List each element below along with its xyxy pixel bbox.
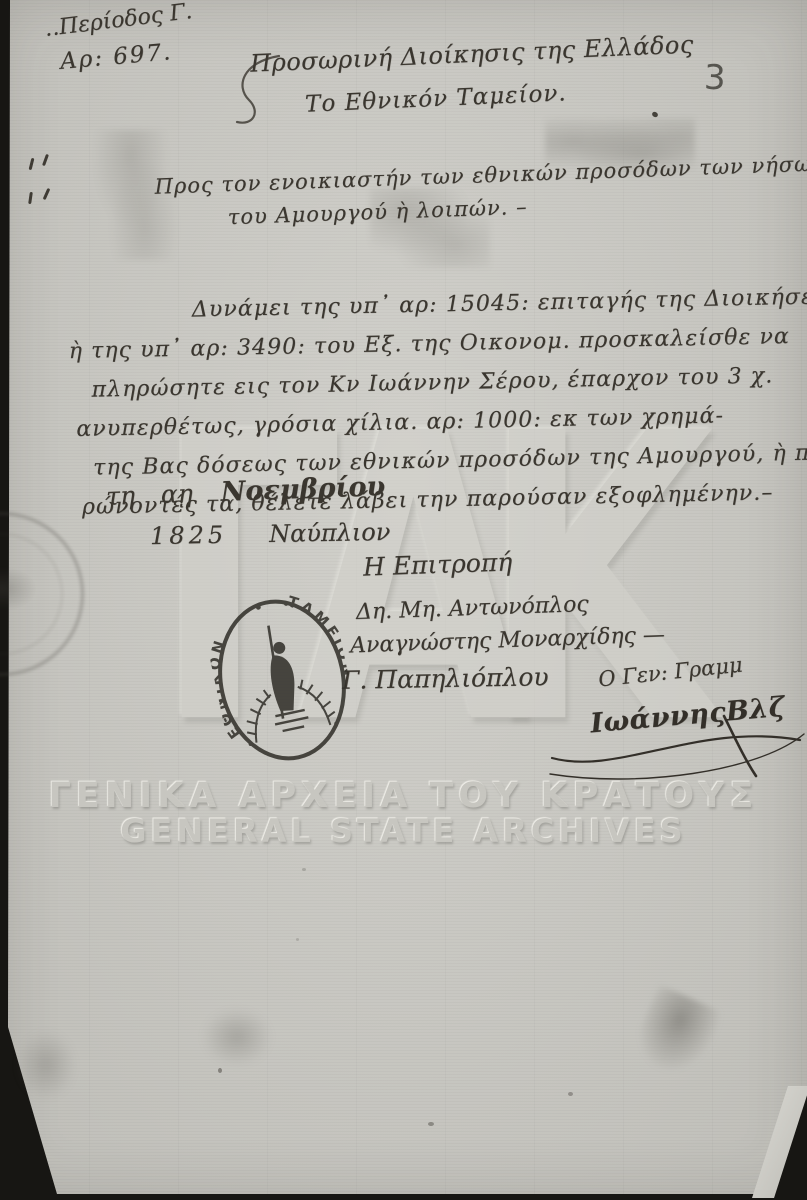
dateline-prefix: τη xyxy=(106,481,136,511)
document-scan: ΓΑΚ ΓΕΝΙΚΑ ΑΡΧΕΙΑ ΤΟΥ ΚΡΑΤΟΥΣ GENERAL ST… xyxy=(0,0,807,1200)
committee-title: Η Επιτροπή xyxy=(363,547,513,581)
body-line: ὴ της υπ᾽ αρ: 3490: του Εξ. της Οικονομ.… xyxy=(64,323,807,364)
ink-speck xyxy=(296,938,299,941)
dateline-month: Νοεμβρίου xyxy=(220,471,386,508)
dateline-year: 1825 xyxy=(150,521,228,550)
ink-speck xyxy=(218,1068,222,1073)
ink-speck xyxy=(428,1122,434,1126)
body-line: ανυπερθέτως, γρόσια χίλια. αρ: 1000: εκ … xyxy=(66,401,807,442)
athena-figure xyxy=(255,621,310,732)
body-line: πληρώσητε εις τον Κν Ιωάννην Σέρου, έπαρ… xyxy=(65,362,807,403)
ink-speck xyxy=(568,1092,573,1096)
signature-flourish xyxy=(548,714,807,786)
dateline-daynum: αῃ xyxy=(160,479,193,509)
committee-member: Γ. Παπηλιόπλου xyxy=(342,662,549,695)
page-number: 3 xyxy=(703,58,726,99)
body-line: της Βας δόσεως των εθνικών προσόδων της … xyxy=(67,440,807,481)
dateline-city: Ναύπλιον xyxy=(269,518,391,548)
archive-watermark-english: GENERAL STATE ARCHIVES xyxy=(0,812,807,850)
ink-speck xyxy=(302,868,306,871)
dateline-place: 1825Ναύπλιον xyxy=(150,518,391,550)
